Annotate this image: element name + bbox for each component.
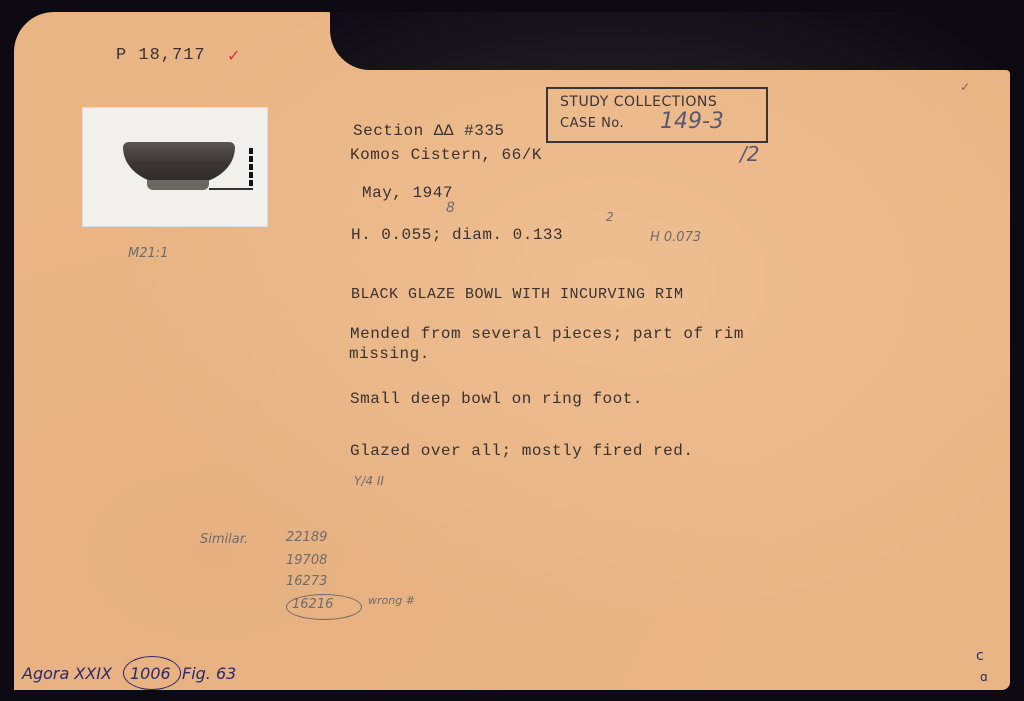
dim-correction-h: 8 <box>446 200 455 216</box>
catalog-number: P 18,717 <box>116 46 206 65</box>
location-line: Komos Cistern, 66/K <box>350 146 542 164</box>
stamp-case-label: CASE No. <box>560 116 624 131</box>
section-line: Section ΔΔ #335 <box>353 122 505 140</box>
catalog-card: P 18,717 ✓ M21:1 STUDY COLLECTIONS CASE … <box>0 0 1024 701</box>
reference-prefix: Agora XXIX <box>22 664 112 683</box>
similar-label: Similar. <box>200 532 248 547</box>
pencil-check-icon: ✓ <box>960 80 970 94</box>
scale-bar-icon <box>249 148 253 190</box>
object-photo <box>82 107 268 227</box>
bowl-foot-image <box>147 180 209 190</box>
stamp-fraction: /2 <box>740 142 759 166</box>
stamp-case-number: 149-3 <box>660 109 724 134</box>
date-line: May, 1947 <box>362 184 453 202</box>
similar-number-circle <box>286 594 362 620</box>
object-title: BLACK GLAZE BOWL WITH INCURVING RIM <box>351 286 684 303</box>
similar-number-1: 22189 <box>286 530 327 545</box>
dimensions-line: H. 0.055; diam. 0.133 <box>351 226 563 244</box>
photo-caption: M21:1 <box>128 246 168 261</box>
handwritten-note: Y/4 II <box>354 474 384 488</box>
corner-mark-2: ɑ <box>980 670 988 684</box>
check-mark-icon: ✓ <box>227 46 240 65</box>
bowl-image <box>123 142 235 184</box>
similar-number-3: 16273 <box>286 574 327 589</box>
dim-correction-diam: 2 <box>606 210 614 224</box>
description-line-3: Small deep bowl on ring foot. <box>350 390 643 408</box>
reference-number-circle <box>123 656 181 690</box>
description-line-1: Mended from several pieces; part of rim <box>350 325 744 343</box>
wrong-note: wrong # <box>368 594 415 607</box>
stamp-title: STUDY COLLECTIONS <box>560 94 717 110</box>
similar-number-2: 19708 <box>286 553 327 568</box>
study-collections-stamp: STUDY COLLECTIONS CASE No. 149-3 <box>546 87 768 143</box>
description-line-2: missing. <box>349 345 430 363</box>
reference-figure: Fig. 63 <box>182 664 236 683</box>
description-line-4: Glazed over all; mostly fired red. <box>350 442 693 460</box>
corner-mark-c: c <box>976 648 984 664</box>
dim-handwritten: H 0.073 <box>650 230 701 245</box>
scale-base <box>209 188 253 190</box>
